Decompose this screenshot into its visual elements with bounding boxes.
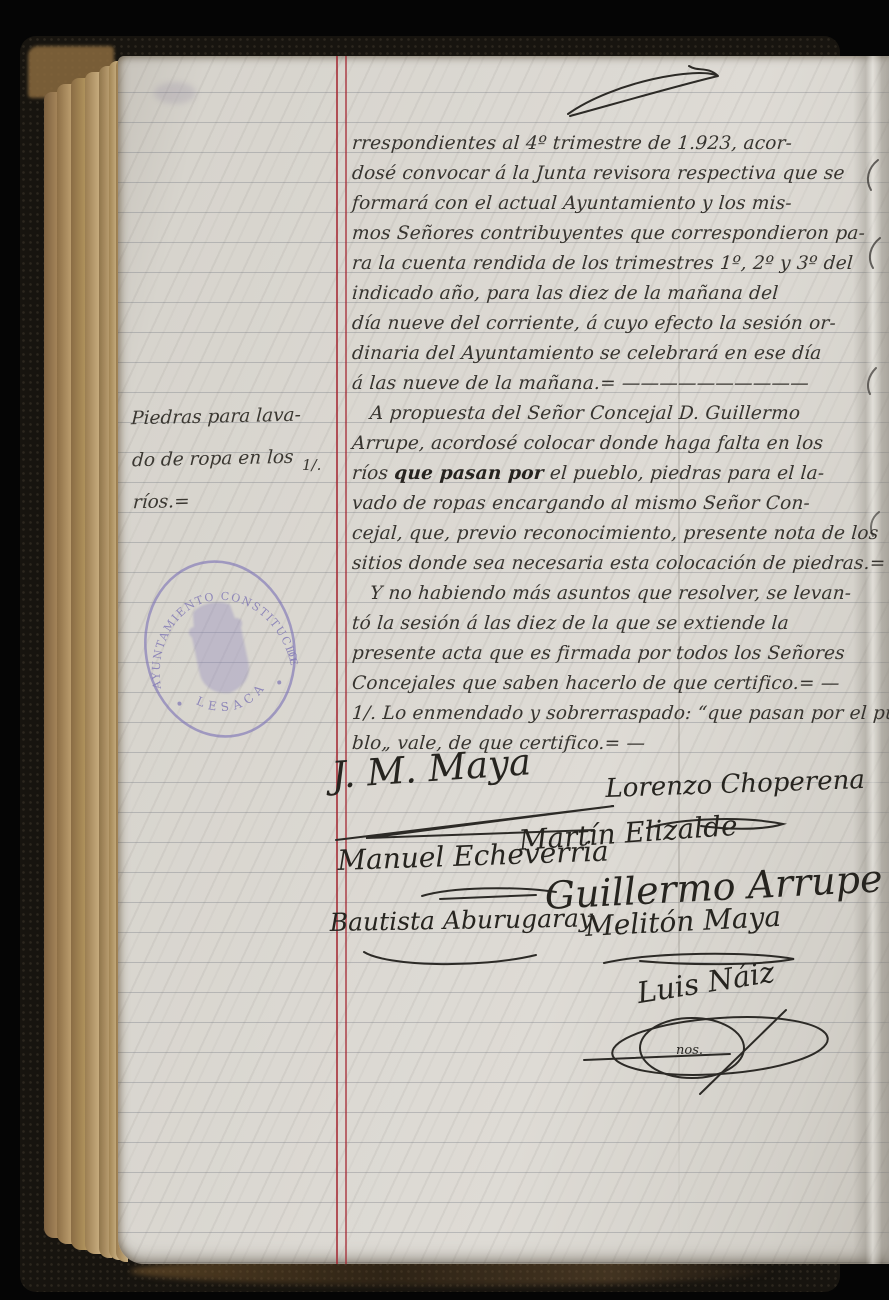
handwritten-line: presente acta que es firmada por todos l…: [351, 639, 873, 669]
manuscript-page: rrespondientes al 4º trimestre de 1.923,…: [118, 56, 889, 1264]
handwritten-line: á las nueve de la mañana.= ——————————: [351, 369, 873, 399]
handwritten-line: Arrupe, acordosé colocar donde haga falt…: [351, 429, 873, 459]
line-12-pre: ríos: [351, 463, 395, 484]
handwritten-line: día nueve del corriente, á cuyo efecto l…: [351, 309, 873, 339]
pen-flourish-top: [558, 64, 738, 122]
faint-smudge: [154, 82, 196, 104]
handwritten-line: 1/. Lo enmendado y sobrerraspado: “que p…: [351, 699, 873, 729]
municipal-stamp: AYUNTAMIENTO CONSTITUCIONAL DE LESACA: [121, 541, 318, 757]
handwritten-line: vado de ropas encargando al mismo Señor …: [351, 489, 873, 519]
handwritten-line: A propuesta del Señor Concejal D. Guille…: [351, 399, 873, 429]
margin-note-line: ríos.=: [132, 478, 346, 524]
handwritten-line: Y no habiendo más asuntos que resolver, …: [351, 579, 873, 609]
margin-note-line: Piedras para lava-: [130, 394, 344, 440]
handwritten-line: ra la cuenta rendida de los trimestres 1…: [351, 249, 873, 279]
handwritten-line: indicado año, para las diez de la mañana…: [351, 279, 873, 309]
stamp-dot: [177, 701, 182, 706]
stray-ink-marks: [856, 116, 886, 556]
handwritten-line: formará con el actual Ayuntamiento y los…: [351, 189, 873, 219]
signature-aburugaray: Bautista Aburugaray: [329, 903, 593, 937]
stamp-coat-of-arms: [184, 597, 256, 698]
handwritten-line: mos Señores contribuyentes que correspon…: [351, 219, 873, 249]
reference-mark: 1/.: [302, 456, 321, 474]
line-12-overwritten: que pasan por: [394, 463, 545, 484]
stamp-dot: [277, 680, 282, 685]
handwritten-line: dosé convocar á la Junta revisora respec…: [351, 159, 873, 189]
signature-choperena: Lorenzo Choperena: [605, 765, 865, 804]
signature-echeverria-flourish: [418, 884, 563, 902]
handwritten-line: cejal, que, previo reconocimiento, prese…: [351, 519, 873, 549]
handwritten-line: rrespondientes al 4º trimestre de 1.923,…: [351, 129, 873, 159]
handwritten-line: dinaria del Ayuntamiento se celebrará en…: [351, 339, 873, 369]
signature-naiz-rubric: nos.: [580, 1008, 835, 1096]
handwritten-line: ríos que pasan por el pueblo, piedras pa…: [351, 459, 873, 489]
body-text-block: rrespondientes al 4º trimestre de 1.923,…: [352, 129, 872, 759]
red-margin-rule: [336, 56, 347, 1264]
handwritten-line: sitios donde sea necesaria esta colocaci…: [351, 549, 873, 579]
line-12-post: el pueblo, piedras para el la-: [543, 463, 825, 484]
handwritten-line: tó la sesión á las diez de la que se ext…: [351, 609, 873, 639]
rubric-text: nos.: [676, 1043, 703, 1058]
handwritten-line: Concejales que saben hacerlo de que cert…: [351, 669, 873, 699]
signature-aburugaray-flourish: [358, 946, 543, 970]
